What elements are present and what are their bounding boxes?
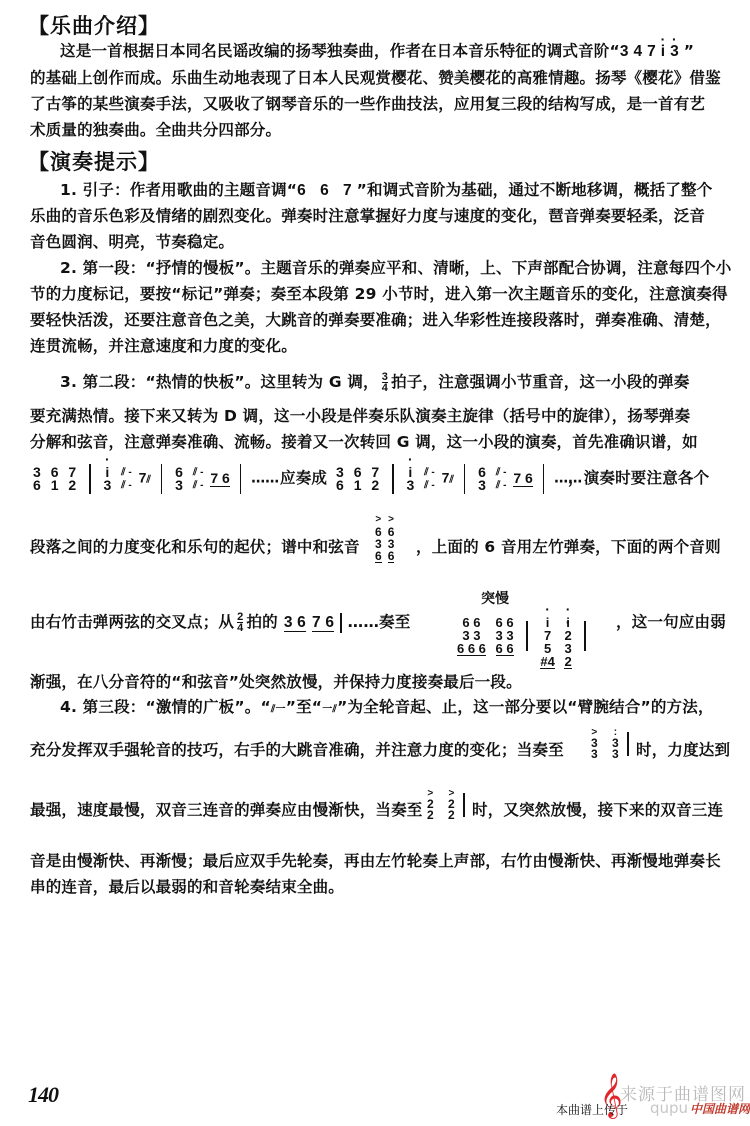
intro-text: 这是一首根据日本同名民谣改编的扬琴独奏曲，作者在日本音乐特征的调式音阶“ — [60, 42, 620, 60]
intro-line-3: 了古筝的某些演奏手法，又吸收了钢琴音乐的一些作曲技法，应用复三段的结构写成，是一… — [30, 94, 705, 114]
page-number: 140 — [28, 1082, 58, 1108]
tip3-line-7: 渐强，在八分音符的“和弦音”处突然放慢，并保持力度接奏最后一段。 — [30, 672, 522, 692]
tip4-line-2b: 时，力度达到 — [636, 740, 730, 760]
tip3-line-3: 分解和弦音，注意弹奏准确、流畅。接着又一次转回 G 调，这一小段的演奏，首先准确… — [30, 432, 698, 452]
brand-logo[interactable]: 中国曲谱网 — [690, 1100, 750, 1117]
tip3-line-2: 要充满热情。接下来又转为 D 调，这一小段是伴奏乐队演奏主旋律（括号中的旋律），… — [30, 406, 690, 426]
tip3-line-4-tail: ，演奏时要注意各个 — [568, 468, 709, 488]
chord-22: >22 >22 — [424, 788, 471, 821]
tip3-line-5b: ，上面的 6 音用左竹弹奏，下面的两个音则 — [416, 537, 721, 557]
notation-corrected: 36 61 72 i3 ⫽ -⫽ - 7⫽ 63 ⫽ -⫽ - 7 6 …… — [333, 464, 582, 494]
intro-line-1: 这是一首根据日本同名民谣改编的扬琴独奏曲，作者在日本音乐特征的调式音阶“347i… — [60, 41, 694, 62]
roll-start-icon: ⫽一 — [271, 704, 286, 715]
should-play-label: 应奏成 — [280, 468, 327, 488]
tip3-line-6d: ，这一句应由弱 — [616, 612, 726, 632]
barline — [89, 464, 91, 494]
url-fragment: qupu — [650, 1099, 688, 1117]
tip1-line-3: 音色圆润、明亮，节奏稳定。 — [30, 232, 234, 252]
tip3-line-6: 由右竹击弹两弦的交叉点；从24拍的3 67 6……奏至 — [30, 612, 410, 633]
tip1-line-2: 乐曲的音乐色彩及情绪的剧烈变化。弹奏时注意掌握好力度与速度的变化，琶音弹奏要轻柔… — [30, 206, 705, 226]
intro-line-2: 的基础上创作而成。乐曲生动地表现了日本人民观赏樱花、赞美樱花的高雅情趣。扬琴《樱… — [30, 68, 721, 88]
intro-line-4: 术质量的独奏曲。全曲共分四部分。 — [30, 120, 281, 140]
tip3-line-5: 段落之间的力度变化和乐句的起伏；谱中和弦音 — [30, 537, 360, 557]
barline — [240, 464, 242, 494]
source-label: 本曲谱上传于 — [556, 1101, 628, 1118]
chord-example: >636>636 — [372, 514, 397, 563]
scale-notes: 347i3 — [620, 43, 684, 60]
tip4-line-4: 音是由慢渐快、再渐慢；最后应双手先轮奏，再由左竹轮奏上声部，右竹由慢渐快、再渐慢… — [30, 851, 721, 871]
barline — [161, 464, 163, 494]
tip2-line-2: 节的力度标记，要按“标记”弹奏；奏至本段第 29 小节时，进入第一次主题音乐的变… — [30, 284, 728, 304]
tip4-line-3: 最强，速度最慢，双音三连音的弹奏应由慢渐快，当奏至 — [30, 800, 423, 820]
tip2-line-3: 要轻快活泼，还要注意音色之美，大跳音的弹奏要准确；进入华彩性连接段落时，弹奏准确… — [30, 310, 721, 330]
tip4-line-1: 4. 第三段：“激情的广板”。“⫽一”至“一⫽”为全轮音起、止，这一部分要以“臂… — [60, 697, 714, 720]
notation-original: 36 61 72 i3 ⫽ -⫽ - 7⫽ 63 ⫽ -⫽ - 7 6 …… — [30, 464, 279, 494]
motif-notes: 6 6 7 — [297, 182, 356, 199]
tip2-line-4: 连贯流畅，并注意速度和力度的变化。 — [30, 336, 297, 356]
time-signature-3-4: 34 — [382, 372, 388, 393]
tip4-line-3b: 时，又突然放慢，接下来的双音三连 — [472, 800, 723, 820]
intro-heading: 【乐曲介绍】 — [28, 10, 160, 40]
final-notation: 6 63 36 6 6 6 63 36 6 i 75 #4 i 23 2 — [454, 603, 592, 669]
tip4-line-5: 串的连音，最后以最弱的和音轮奏结束全曲。 — [30, 877, 344, 897]
document-page: 【乐曲介绍】 这是一首根据日本同名民谣改编的扬琴独奏曲，作者在日本音乐特征的调式… — [0, 0, 750, 1126]
tip4-line-2: 充分发挥双手强轮音的技巧，右手的大跳音准确，并注意力度的变化；当奏至 — [30, 740, 564, 760]
roll-end-icon: 一⫽ — [322, 704, 337, 715]
tip3-line-1: 3. 第二段：“热情的快板”。这里转为 G 调，34拍子，注意强调小节重音，这一… — [60, 372, 689, 393]
chord-33: >33 :33 — [588, 727, 635, 760]
tip1-line-1: 1. 引子：作者用歌曲的主题音调“6 6 7”和调式音阶为基础，通过不断地移调，… — [60, 180, 712, 201]
time-signature-2-4: 24 — [237, 612, 243, 633]
tip2-line-1: 2. 第一段：“抒情的慢板”。主题音乐的弹奏应平和、清晰，上、下声部配合协调，注… — [60, 258, 731, 278]
tips-heading: 【演奏提示】 — [28, 146, 160, 176]
